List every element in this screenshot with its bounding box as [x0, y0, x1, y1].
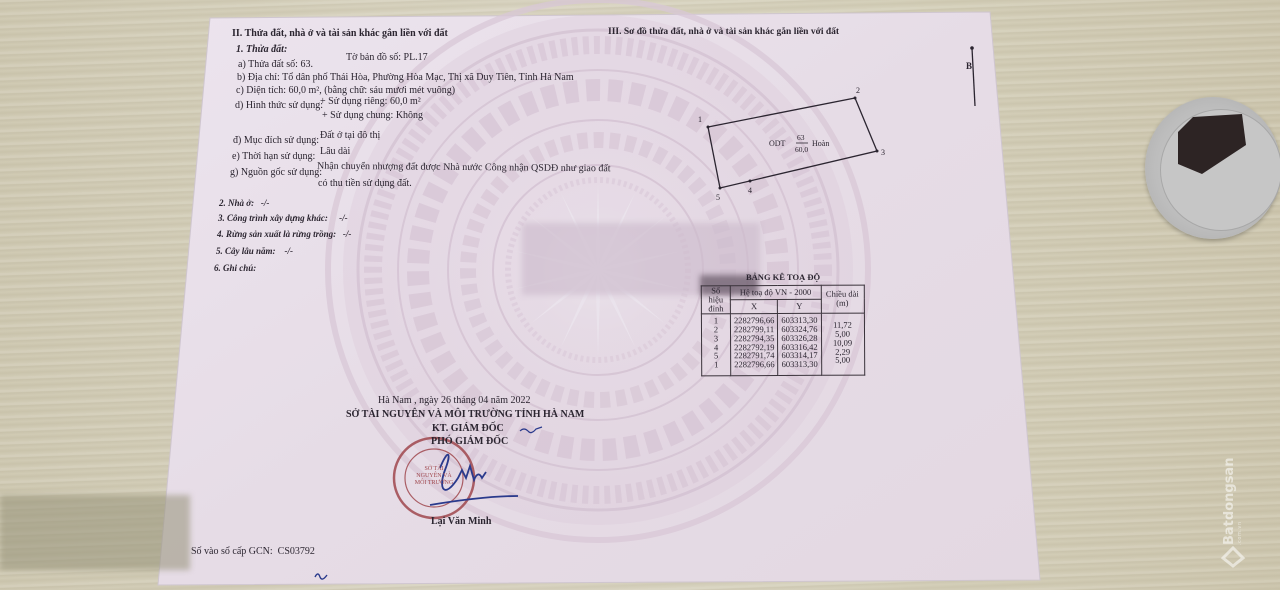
vertex-3: 3: [881, 149, 885, 157]
plot-parcel: 63: [797, 134, 805, 142]
header-system: Hệ toạ độ VN - 2000: [730, 285, 821, 299]
y-column: 603313,30 603324,76 603326,28 603316,42 …: [778, 313, 821, 376]
header-point: Số hiệu đỉnh: [701, 286, 730, 314]
item-house: 2. Nhà ở: -/-: [219, 199, 269, 208]
item-perennial: 5. Cây lâu năm: -/-: [216, 247, 293, 256]
coord-table-title: BẢNG KÊ TOẠ ĐỘ: [746, 273, 820, 282]
origin-label: g) Nguồn gốc sử dụng:: [230, 168, 322, 178]
vertex-2: 2: [856, 87, 860, 95]
x-column: 2282796,66 2282799,11 2282794,35 2282792…: [730, 313, 778, 376]
purpose-label: đ) Mục đích sử dụng:: [233, 136, 319, 146]
certificate-paper: II. Thửa đất, nhà ở và tài sản khác gắn …: [0, 0, 1280, 590]
signer-position: PHÓ GIÁM ĐỐC: [431, 437, 508, 447]
vertex-5: 5: [716, 194, 720, 202]
item-other-works: 3. Công trình xây dựng khác: -/-: [218, 214, 348, 223]
term-value: Lâu dài: [320, 147, 350, 157]
origin-value-2: có thu tiền sử dụng đất.: [318, 179, 412, 189]
item-notes: 6. Ghi chú:: [214, 264, 256, 273]
registry-number: CS03792: [278, 546, 315, 557]
vertex-1: 1: [698, 116, 702, 124]
land-heading: 1. Thửa đất:: [236, 45, 287, 55]
coordinate-table: Số hiệu đỉnh Hệ toạ độ VN - 2000 Chiều d…: [701, 285, 865, 377]
length-column: 11,72 5,00 10,09 2,29 5,00: [821, 313, 864, 376]
blurred-corner: [0, 495, 190, 570]
purpose-value: Đất ở tại đô thị: [320, 131, 380, 141]
vertex-4: 4: [748, 187, 752, 195]
term-label: e) Thời hạn sử dụng:: [232, 152, 315, 162]
plot-code: ODT: [769, 140, 785, 148]
land-area: c) Diện tích: 60,0 m², (bằng chữ: sáu mư…: [236, 86, 455, 96]
header-y: Y: [778, 299, 821, 313]
issuing-agency: SỞ TÀI NGUYÊN VÀ MÔI TRƯỜNG TỈNH HÀ NAM: [346, 410, 584, 420]
usage-shared: + Sử dụng chung: Không: [322, 111, 423, 121]
plot-area: 60,0: [795, 146, 808, 154]
section2-title: II. Thửa đất, nhà ở và tài sản khác gắn …: [232, 29, 448, 39]
registry-label: Số vào sổ cấp GCN: CS03792: [191, 547, 315, 557]
stamp-text: SỞ TÀI NGUYÊN VÀ MÔI TRƯỜNG: [412, 466, 456, 488]
paper-background: [0, 0, 1280, 590]
map-sheet: Tờ bản đồ số: PL.17: [346, 53, 428, 63]
points-column: 1 2 3 4 5 1: [701, 314, 730, 377]
usage-private: + Sử dụng riêng: 60,0 m²: [320, 97, 421, 107]
usage-form-label: d) Hình thức sử dụng:: [235, 101, 323, 111]
parcel-number: a) Thửa đất số: 63.: [238, 60, 313, 70]
north-arrow-label: B: [966, 62, 972, 71]
signer-name: Lại Văn Minh: [431, 517, 491, 527]
place-date: Hà Nam , ngày 26 tháng 04 năm 2022: [378, 396, 530, 406]
plot-note: Hoàn: [812, 140, 829, 148]
batdongsan-watermark: Batdongsan.com.vn: [1222, 458, 1243, 545]
header-x: X: [730, 299, 777, 313]
land-address: b) Địa chỉ: Tổ dân phố Thái Hòa, Phường …: [237, 73, 574, 83]
batdongsan-logo-icon: [1218, 538, 1248, 568]
item-forest: 4. Rừng sản xuất là rừng trồng: -/-: [217, 230, 351, 239]
section3-title: III. Sơ đồ thửa đất, nhà ở và tài sản kh…: [608, 28, 839, 38]
cable-grommet: [1145, 97, 1280, 239]
header-length: Chiều dài (m): [821, 285, 864, 313]
on-behalf-of: KT. GIÁM ĐỐC: [432, 424, 504, 434]
